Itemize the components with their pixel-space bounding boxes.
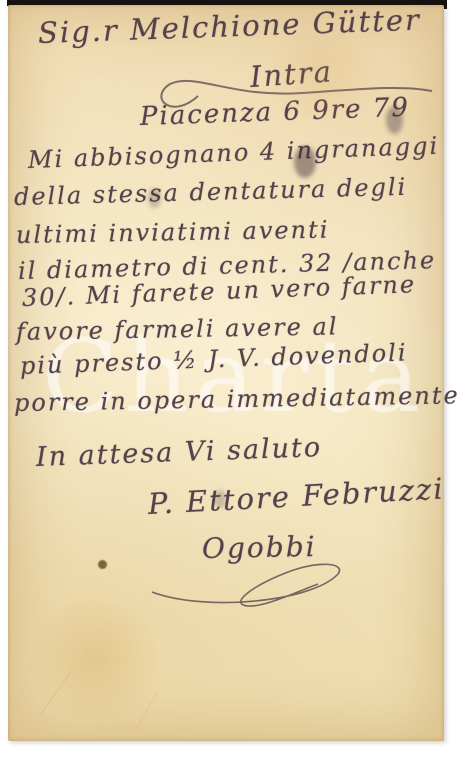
stain-spot [98,560,107,569]
body-line: favore farmeli avere al [16,312,339,346]
stain-patch [20,600,170,720]
scan-background: Charta Sig.r Melchione Gütter Intra Piac… [0,0,459,760]
ink-blot [214,490,226,508]
body-line: ultimi inviatimi aventi [16,216,330,249]
signer-place-line: Ogobbi [202,530,317,565]
ink-blot [386,106,403,134]
ink-blot [294,146,316,178]
ink-blot [148,188,161,208]
stain-patch [250,30,390,120]
